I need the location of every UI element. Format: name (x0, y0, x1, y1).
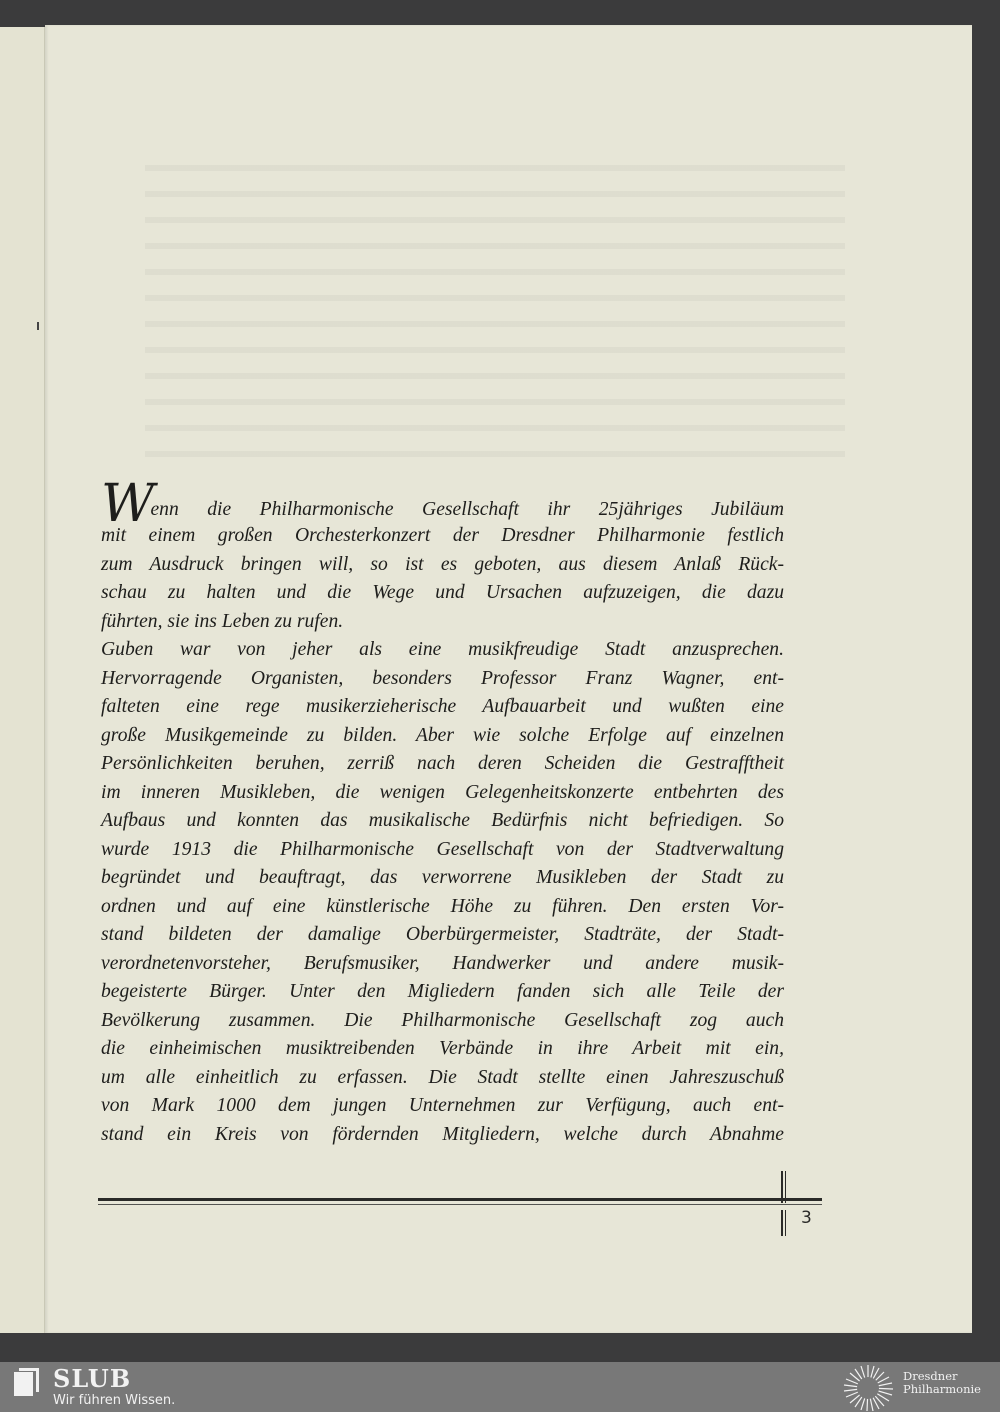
text-line: Guben war von jeher als eine musikfreudi… (101, 636, 784, 665)
text-line: begründet und beauftragt, das verworrene… (101, 864, 784, 893)
text-line: wurde 1913 die Philharmonische Gesellsch… (101, 836, 784, 865)
text-line-content: enn die Philharmonische Gesellschaft ihr… (150, 499, 784, 520)
page-mark-bar (785, 1171, 786, 1203)
page-mark-bar (781, 1210, 783, 1236)
text-line: Wenn die Philharmonische Gesellschaft ih… (101, 478, 784, 522)
drop-initial: W (101, 474, 148, 534)
text-line: Hervorragende Organisten, besonders Prof… (101, 665, 784, 694)
logo-line-2: Philharmonie (903, 1383, 981, 1396)
page-mark-bar (785, 1210, 786, 1236)
page-mark-bar (781, 1171, 783, 1203)
text-line: Persönlichkeiten beruhen, zerriß nach de… (101, 750, 784, 779)
text-line: schau zu halten und die Wege und Ursache… (101, 579, 784, 608)
body-text: Wenn die Philharmonische Gesellschaft ih… (101, 478, 784, 1149)
text-line: um alle einheitlich zu erfassen. Die Sta… (101, 1064, 784, 1093)
footer-rule (98, 1198, 822, 1201)
text-line: verordnetenvorsteher, Berufsmusiker, Han… (101, 950, 784, 979)
text-line: im inneren Musikleben, die wenigen Geleg… (101, 779, 784, 808)
text-line: stand bildeten der damalige Oberbürgerme… (101, 921, 784, 950)
sunburst-icon (842, 1364, 894, 1412)
text-line: begeisterte Bürger. Unter den Migliedern… (101, 978, 784, 1007)
text-line: stand ein Kreis von fördernden Mitgliede… (101, 1121, 784, 1150)
footer-rule-thin (98, 1204, 822, 1205)
slub-logo-text[interactable]: SLUB (53, 1364, 131, 1393)
slub-tagline: Wir führen Wissen. (53, 1393, 175, 1408)
text-line: von Mark 1000 dem jungen Unternehmen zur… (101, 1092, 784, 1121)
bleed-through-text (145, 145, 845, 475)
text-line: mit einem großen Orchesterkonzert der Dr… (101, 522, 784, 551)
dresdner-philharmonie-logo-text[interactable]: Dresdner Philharmonie (903, 1370, 981, 1395)
text-line: führten, sie ins Leben zu rufen. (101, 608, 784, 637)
text-line: die einheimischen musiktreibenden Verbän… (101, 1035, 784, 1064)
book-icon (14, 1367, 40, 1397)
previous-page-edge (0, 27, 45, 1333)
text-line: große Musikgemeinde zu bilden. Aber wie … (101, 722, 784, 751)
text-line: zum Ausdruck bringen will, so ist es geb… (101, 551, 784, 580)
text-line: Aufbaus und konnten das musikalische Bed… (101, 807, 784, 836)
page-number: 3 (801, 1208, 812, 1228)
viewer-footer-bar: SLUB Wir führen Wissen. Dresdner Philhar… (0, 1362, 1000, 1412)
text-line: Bevölkerung zusammen. Die Philharmonisch… (101, 1007, 784, 1036)
text-line: ordnen und auf eine künstlerische Höhe z… (101, 893, 784, 922)
text-line: falteten eine rege musikerzieherische Au… (101, 693, 784, 722)
margin-mark (37, 322, 39, 330)
logo-line-1: Dresdner (903, 1370, 981, 1383)
